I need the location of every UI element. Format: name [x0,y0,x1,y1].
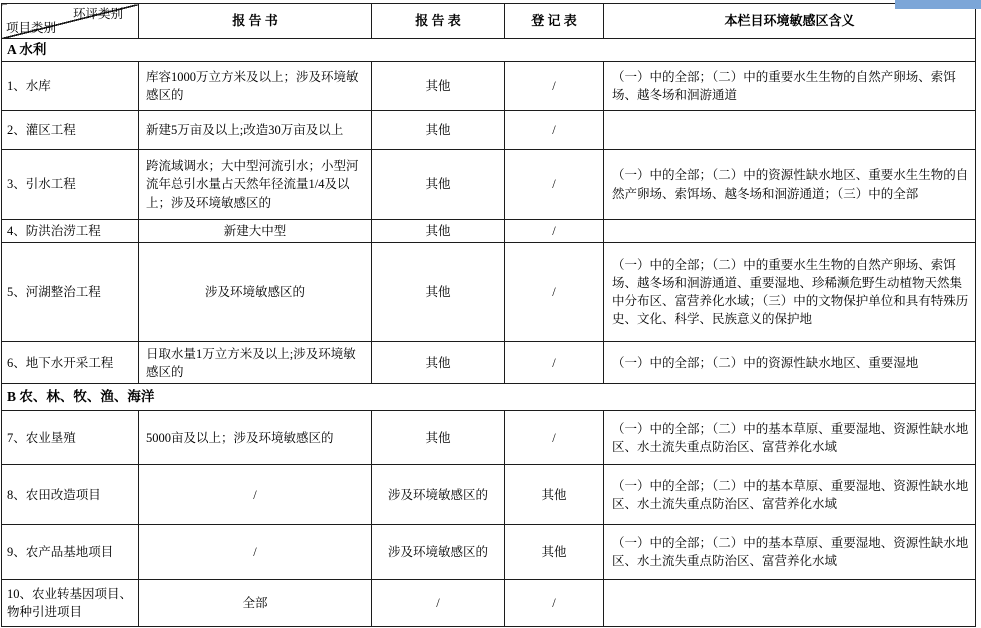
document-page: 环评类别 项目类别 报 告 书 报 告 表 登 记 表 本栏目环境敏感区含义 A… [0,0,981,628]
registration-form-cell: / [505,580,604,627]
table-row: 2、灌区工程 新建5万亩及以上;改造30万亩及以上 其他 / [2,111,976,150]
section-row-b: B 农、林、牧、渔、海洋 [2,384,976,411]
column-header-report-form: 报 告 表 [372,4,505,39]
report-book-cell: 涉及环境敏感区的 [139,243,372,342]
registration-form-cell: 其他 [505,465,604,525]
table-row: 10、农业转基因项目、物种引进项目 全部 / / [2,580,976,627]
table-row: 9、农产品基地项目 / 涉及环境敏感区的 其他 （一）中的全部；（二）中的基本草… [2,525,976,580]
project-category-cell: 9、农产品基地项目 [2,525,139,580]
sensitive-area-meaning-cell [604,111,976,150]
table-row: 1、水库 库容1000万立方米及以上；涉及环境敏感区的 其他 / （一）中的全部… [2,62,976,111]
project-category-cell: 6、地下水开采工程 [2,342,139,384]
header-eia-category-label: 环评类别 [73,5,123,23]
sensitive-area-meaning-cell: （一）中的全部；（二）中的基本草原、重要湿地、资源性缺水地区、水土流失重点防治区… [604,465,976,525]
sensitive-area-meaning-cell [604,220,976,243]
registration-form-cell: / [505,220,604,243]
report-book-cell: / [139,525,372,580]
project-category-cell: 5、河湖整治工程 [2,243,139,342]
sensitive-area-meaning-cell: （一）中的全部；（二）中的重要水生生物的自然产卵场、索饵场、越冬场和洄游通道、重… [604,243,976,342]
report-form-cell: 其他 [372,220,505,243]
project-category-cell: 1、水库 [2,62,139,111]
report-book-cell: 5000亩及以上；涉及环境敏感区的 [139,411,372,465]
report-form-cell: 涉及环境敏感区的 [372,525,505,580]
registration-form-cell: / [505,411,604,465]
report-book-cell: / [139,465,372,525]
project-category-cell: 4、防洪治涝工程 [2,220,139,243]
eia-classification-table: 环评类别 项目类别 报 告 书 报 告 表 登 记 表 本栏目环境敏感区含义 A… [1,3,976,627]
report-form-cell: 其他 [372,243,505,342]
table-row: 5、河湖整治工程 涉及环境敏感区的 其他 / （一）中的全部；（二）中的重要水生… [2,243,976,342]
report-book-cell: 日取水量1万立方米及以上;涉及环境敏感区的 [139,342,372,384]
report-form-cell: 涉及环境敏感区的 [372,465,505,525]
project-category-cell: 3、引水工程 [2,150,139,220]
report-form-cell: 其他 [372,111,505,150]
diagonal-header-cell: 环评类别 项目类别 [2,4,139,39]
registration-form-cell: / [505,150,604,220]
report-book-cell: 新建5万亩及以上;改造30万亩及以上 [139,111,372,150]
sensitive-area-meaning-cell: （一）中的全部；（二）中的重要水生生物的自然产卵场、索饵场、越冬场和洄游通道 [604,62,976,111]
table-row: 7、农业垦殖 5000亩及以上；涉及环境敏感区的 其他 / （一）中的全部；（二… [2,411,976,465]
registration-form-cell: / [505,243,604,342]
registration-form-cell: / [505,62,604,111]
report-form-cell: 其他 [372,62,505,111]
report-book-cell: 库容1000万立方米及以上；涉及环境敏感区的 [139,62,372,111]
section-title: A 水利 [2,39,976,62]
table-header-row: 环评类别 项目类别 报 告 书 报 告 表 登 记 表 本栏目环境敏感区含义 [2,4,976,39]
header-project-category-label: 项目类别 [6,19,56,37]
report-form-cell: 其他 [372,411,505,465]
table-row: 6、地下水开采工程 日取水量1万立方米及以上;涉及环境敏感区的 其他 / （一）… [2,342,976,384]
sensitive-area-meaning-cell: （一）中的全部；（二）中的资源性缺水地区、重要湿地 [604,342,976,384]
registration-form-cell: / [505,342,604,384]
table-row: 3、引水工程 跨流域调水；大中型河流引水；小型河流年总引水量占天然年径流量1/4… [2,150,976,220]
project-category-cell: 8、农田改造项目 [2,465,139,525]
table-row: 8、农田改造项目 / 涉及环境敏感区的 其他 （一）中的全部；（二）中的基本草原… [2,465,976,525]
table-row: 4、防洪治涝工程 新建大中型 其他 / [2,220,976,243]
window-accent-bar [895,0,981,9]
sensitive-area-meaning-cell [604,580,976,627]
sensitive-area-meaning-cell: （一）中的全部；（二）中的基本草原、重要湿地、资源性缺水地区、水土流失重点防治区… [604,525,976,580]
project-category-cell: 7、农业垦殖 [2,411,139,465]
column-header-registration-form: 登 记 表 [505,4,604,39]
report-book-cell: 全部 [139,580,372,627]
report-book-cell: 跨流域调水；大中型河流引水；小型河流年总引水量占天然年径流量1/4及以上；涉及环… [139,150,372,220]
section-title: B 农、林、牧、渔、海洋 [2,384,976,411]
project-category-cell: 10、农业转基因项目、物种引进项目 [2,580,139,627]
registration-form-cell: / [505,111,604,150]
report-form-cell: / [372,580,505,627]
report-book-cell: 新建大中型 [139,220,372,243]
sensitive-area-meaning-cell: （一）中的全部；（二）中的资源性缺水地区、重要水生生物的自然产卵场、索饵场、越冬… [604,150,976,220]
column-header-report-book: 报 告 书 [139,4,372,39]
project-category-cell: 2、灌区工程 [2,111,139,150]
registration-form-cell: 其他 [505,525,604,580]
report-form-cell: 其他 [372,342,505,384]
section-row-a: A 水利 [2,39,976,62]
report-form-cell: 其他 [372,150,505,220]
sensitive-area-meaning-cell: （一）中的全部；（二）中的基本草原、重要湿地、资源性缺水地区、水土流失重点防治区… [604,411,976,465]
